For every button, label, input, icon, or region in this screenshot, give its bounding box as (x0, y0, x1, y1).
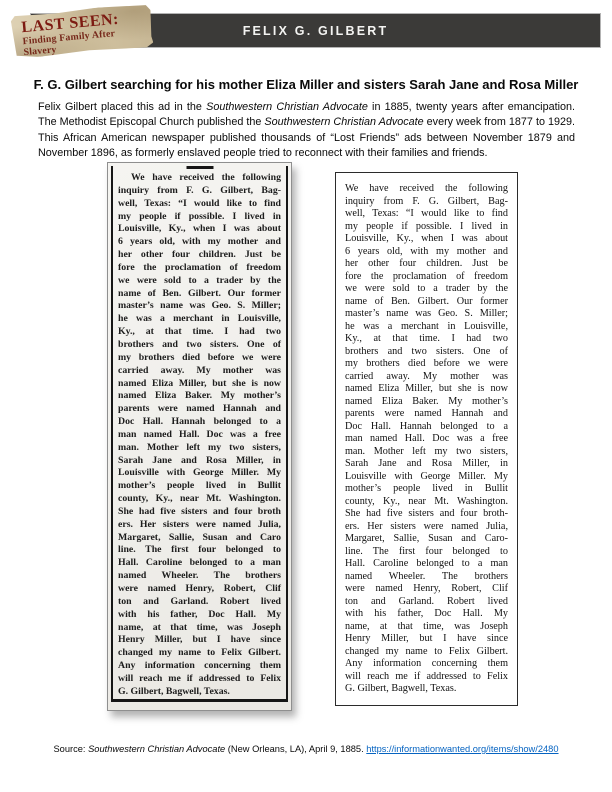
text-line: Louisville with George Miller. My (118, 467, 281, 480)
text-line: master’s name was Geo. S. Miller; (118, 300, 281, 313)
text-line: brothers and two sisters. One of (345, 346, 508, 359)
italic-text-segment: Southwestern Christian Advocate (264, 116, 423, 128)
text-line: fore the proclamation of freedom (118, 262, 281, 275)
text-line: her other four children. Just be (118, 249, 281, 262)
text-line: will reach me if addressed to Felix (345, 671, 508, 684)
text-line: Henry Miller, but I have since (345, 633, 508, 646)
text-line: name of Ben. Gilbert. Our former (345, 296, 508, 309)
text-segment: Felix Gilbert placed this ad in the (38, 101, 206, 113)
page-title: F. G. Gilbert searching for his mother E… (0, 77, 612, 92)
text-line: G. Gilbert, Bagwell, Texas. (345, 683, 508, 696)
text-line: carried away. My mother was (345, 371, 508, 384)
text-line: Louisville with George Miller. My (345, 471, 508, 484)
text-line: man. Mother left my two sisters, (345, 446, 508, 459)
text-line: county, Ky., near Mt. Washington. (118, 493, 281, 506)
text-line: name of Ben. Gilbert. Our former (118, 288, 281, 301)
source-citation: Source: Southwestern Christian Advocate … (0, 744, 612, 754)
text-line: Henry Miller, but I have since (118, 634, 281, 647)
text-line: named Wheeler. The brothers (345, 571, 508, 584)
text-line: will reach me if addressed to Felix (118, 673, 281, 686)
text-line: Any information concerning them (345, 658, 508, 671)
text-line: named Wheeler. The brothers (118, 570, 281, 583)
text-line: She had five sisters and four broth- (345, 508, 508, 521)
text-line: inquiry from F. G. Gilbert, Bag- (345, 196, 508, 209)
text-line: fore the proclamation of freedom (345, 271, 508, 284)
text-line: ton and Garland. Robert lived (118, 596, 281, 609)
text-line: we were sold to a trader by the (345, 283, 508, 296)
text-line: were named Henry, Robert, Clif (118, 583, 281, 596)
text-line: Louisville, Ky., when I was about (118, 223, 281, 236)
text-line: he was a merchant in Louisville, (345, 321, 508, 334)
text-line: She had five sisters and four broth (118, 506, 281, 519)
text-line: named Eliza Baker. My mother’s (118, 390, 281, 403)
text-segment: Source: (53, 744, 88, 754)
text-line: parents were named Hannah and (345, 408, 508, 421)
text-line: line. The first four belonged to (345, 546, 508, 559)
text-line: changed my name to Felix Gilbert. (345, 646, 508, 659)
text-line: inquiry from F. G. Gilbert, Bag- (118, 185, 281, 198)
text-line: 6 years old, with my mother and (118, 236, 281, 249)
text-line: We have received the following (118, 172, 281, 185)
document-page: FELIX G. GILBERT LAST SEEN: Finding Fami… (0, 0, 612, 792)
text-line: name, at that time, was Joseph (345, 621, 508, 634)
text-line: Sarah Jane and Rosa Miller, in (118, 455, 281, 468)
text-line: Hall. Caroline belonged to a man (345, 558, 508, 571)
text-line: my people if possible. I lived in (118, 211, 281, 224)
text-line: man named Hall. Doc was a free (118, 429, 281, 442)
text-line: Doc Hall. Hannah belonged to a (345, 421, 508, 434)
text-line: well, Texas: “I would like to find (345, 208, 508, 221)
text-line: Ky., at that time. I had two (118, 326, 281, 339)
text-line: G. Gilbert, Bagwell, Texas. (118, 686, 281, 699)
text-line: Louisville, Ky., when I was about (345, 233, 508, 246)
text-line: county, Ky., near Mt. Washington. (345, 496, 508, 509)
text-line: master’s name was Geo. S. Miller; (345, 308, 508, 321)
text-line: name, at that time, was Joseph (118, 622, 281, 635)
text-line: 6 years old, with my mother and (345, 246, 508, 259)
text-line: named Eliza Miller, but she is now (345, 383, 508, 396)
text-line: my people if possible. I lived in (345, 221, 508, 234)
last-seen-logo: LAST SEEN: Finding Family After Slavery (10, 3, 153, 59)
banner-title: FELIX G. GILBERT (243, 24, 389, 38)
text-line: my brothers died before we were (345, 358, 508, 371)
italic-text-segment: Southwestern Christian Advocate (206, 101, 368, 113)
text-line: he was a merchant in Louisville, (118, 313, 281, 326)
source-link[interactable]: https://informationwanted.org/items/show… (366, 744, 558, 754)
text-line: We have received the following (345, 183, 508, 196)
text-line: mother’s people lived in Bullit (118, 480, 281, 493)
transcription-text: We have received the followinginquiry fr… (345, 183, 508, 696)
text-line: ton and Garland. Robert lived (345, 596, 508, 609)
text-line: Sarah Jane and Rosa Miller, in (345, 458, 508, 471)
text-line: ers. Her sisters were named Julia, (345, 521, 508, 534)
text-segment: (New Orleans, LA), April 9, 1885. (225, 744, 366, 754)
text-line: Margaret, Sallie, Susan and Caro- (345, 533, 508, 546)
text-line: line. The first four belonged to (118, 544, 281, 557)
newspaper-column: We have received the followinginquiry fr… (111, 166, 288, 702)
text-line: mother’s people lived in Bullit (345, 483, 508, 496)
newspaper-clipping-image: We have received the followinginquiry fr… (107, 162, 292, 711)
text-line: well, Texas: “I would like to find (118, 198, 281, 211)
text-line: man. Mother left my two sisters, (118, 442, 281, 455)
italic-text-segment: Southwestern Christian Advocate (88, 744, 225, 754)
text-line: named Eliza Miller, but she is now (118, 378, 281, 391)
text-line: Margaret, Sallie, Susan and Caro (118, 532, 281, 545)
text-line: Doc Hall. Hannah belonged to a (118, 416, 281, 429)
text-line: brothers and two sisters. One of (118, 339, 281, 352)
column-divider-rule (186, 166, 213, 169)
text-line: with his father, Doc Hall. My (118, 609, 281, 622)
text-line: carried away. My mother was (118, 365, 281, 378)
text-line: Hall. Caroline belonged to a man (118, 557, 281, 570)
text-line: changed my name to Felix Gilbert. (118, 647, 281, 660)
text-line: were named Henry, Robert, Clif (345, 583, 508, 596)
text-line: parents were named Hannah and (118, 403, 281, 416)
text-line: her other four children. Just be (345, 258, 508, 271)
text-line: we were sold to a trader by the (118, 275, 281, 288)
text-line: man named Hall. Doc was a free (345, 433, 508, 446)
transcription-box: We have received the followinginquiry fr… (335, 172, 518, 706)
text-line: ers. Her sisters were named Julia, (118, 519, 281, 532)
text-line: Any information concerning them (118, 660, 281, 673)
text-line: with his father, Doc Hall. My (345, 608, 508, 621)
text-line: Ky., at that time. I had two (345, 333, 508, 346)
text-line: my brothers died before we were (118, 352, 281, 365)
intro-paragraph: Felix Gilbert placed this ad in the Sout… (38, 100, 575, 162)
clipping-text: We have received the followinginquiry fr… (118, 172, 281, 699)
text-line: named Eliza Baker. My mother’s (345, 396, 508, 409)
